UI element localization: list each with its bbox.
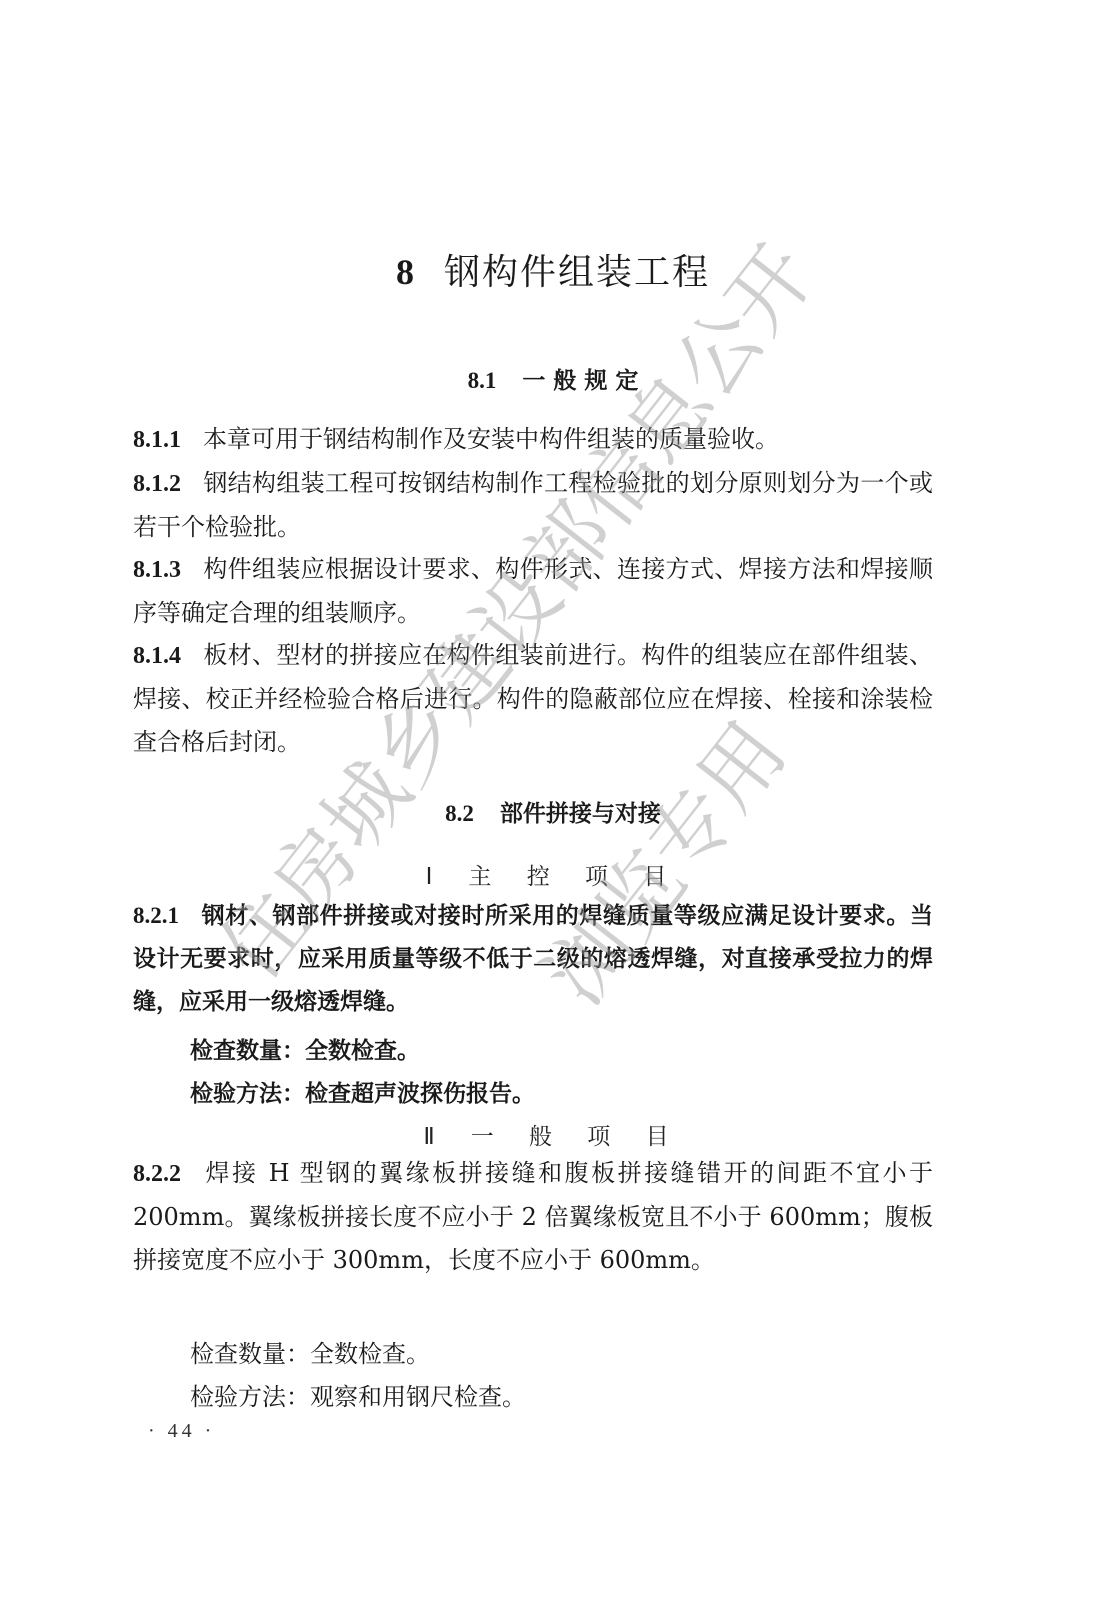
check-quantity-8-2-1: 检查数量：全数检查。 — [190, 1032, 420, 1065]
document-page: 8钢构件组装工程 8.1一 般 规 定 8.1.1本章可用于钢结构制作及安装中构… — [0, 0, 1106, 1598]
subsection-title: 主 控 项 目 — [468, 864, 680, 890]
section-heading-8-2: 8.2部件拼接与对接 — [0, 795, 1106, 828]
subsection-title: 一 般 项 目 — [471, 1124, 683, 1150]
subsection-roman: Ⅰ — [426, 864, 447, 889]
chapter-number: 8 — [396, 252, 416, 292]
chapter-title: 8钢构件组装工程 — [0, 244, 1106, 295]
clause-number: 8.2.1 — [133, 903, 179, 928]
clause-text: 焊接 H 型钢的翼缘板拼接缝和腹板拼接缝错开的间距不宜小于 200mm。翼缘板拼… — [133, 1159, 933, 1274]
clause-text: 钢结构组装工程可按钢结构制作工程检验批的划分原则划分为一个或若干个检验批。 — [133, 469, 933, 541]
clause-8-1-2: 8.1.2钢结构组装工程可按钢结构制作工程检验批的划分原则划分为一个或若干个检验… — [133, 462, 933, 549]
section-title: 部件拼接与对接 — [500, 801, 661, 827]
clause-text: 板材、型材的拼接应在构件组装前进行。构件的组装应在部件组装、焊接、校正并经检验合… — [133, 641, 933, 756]
subsection-roman: Ⅱ — [423, 1124, 448, 1149]
check-method-8-2-1: 检验方法：检查超声波探伤报告。 — [190, 1075, 535, 1108]
check-method-8-2-2: 检验方法：观察和用钢尺检查。 — [190, 1377, 526, 1412]
section-title: 一 般 规 定 — [522, 368, 638, 394]
clause-8-1-3: 8.1.3构件组装应根据设计要求、构件形式、连接方式、焊接方法和焊接顺序等确定合… — [133, 548, 933, 635]
clause-8-2-2: 8.2.2焊接 H 型钢的翼缘板拼接缝和腹板拼接缝错开的间距不宜小于 200mm… — [133, 1152, 933, 1282]
clause-number: 8.1.2 — [133, 471, 181, 497]
clause-text: 钢材、钢部件拼接或对接时所采用的焊缝质量等级应满足设计要求。当设计无要求时，应采… — [133, 903, 933, 1015]
clause-number: 8.1.1 — [133, 427, 181, 453]
clause-number: 8.1.3 — [133, 557, 181, 583]
page-number: · 44 · — [148, 1420, 215, 1443]
chapter-title-text: 钢构件组装工程 — [444, 252, 710, 293]
section-heading-8-1: 8.1一 般 规 定 — [0, 362, 1106, 395]
check-quantity-8-2-2: 检查数量：全数检查。 — [190, 1334, 430, 1369]
clause-text: 构件组装应根据设计要求、构件形式、连接方式、焊接方法和焊接顺序等确定合理的组装顺… — [133, 555, 933, 627]
clause-number: 8.1.4 — [133, 643, 181, 669]
subsection-heading-general: Ⅱ一 般 项 目 — [0, 1118, 1106, 1151]
clause-text: 本章可用于钢结构制作及安装中构件组装的质量验收。 — [203, 425, 779, 453]
clause-8-1-4: 8.1.4板材、型材的拼接应在构件组装前进行。构件的组装应在部件组装、焊接、校正… — [133, 634, 933, 764]
clause-8-2-1: 8.2.1钢材、钢部件拼接或对接时所采用的焊缝质量等级应满足设计要求。当设计无要… — [133, 894, 933, 1024]
subsection-heading-main-control: Ⅰ主 控 项 目 — [0, 858, 1106, 891]
clause-number: 8.2.2 — [133, 1161, 181, 1187]
section-number: 8.2 — [445, 801, 474, 826]
section-number: 8.1 — [468, 368, 497, 393]
clause-8-1-1: 8.1.1本章可用于钢结构制作及安装中构件组装的质量验收。 — [133, 418, 933, 462]
